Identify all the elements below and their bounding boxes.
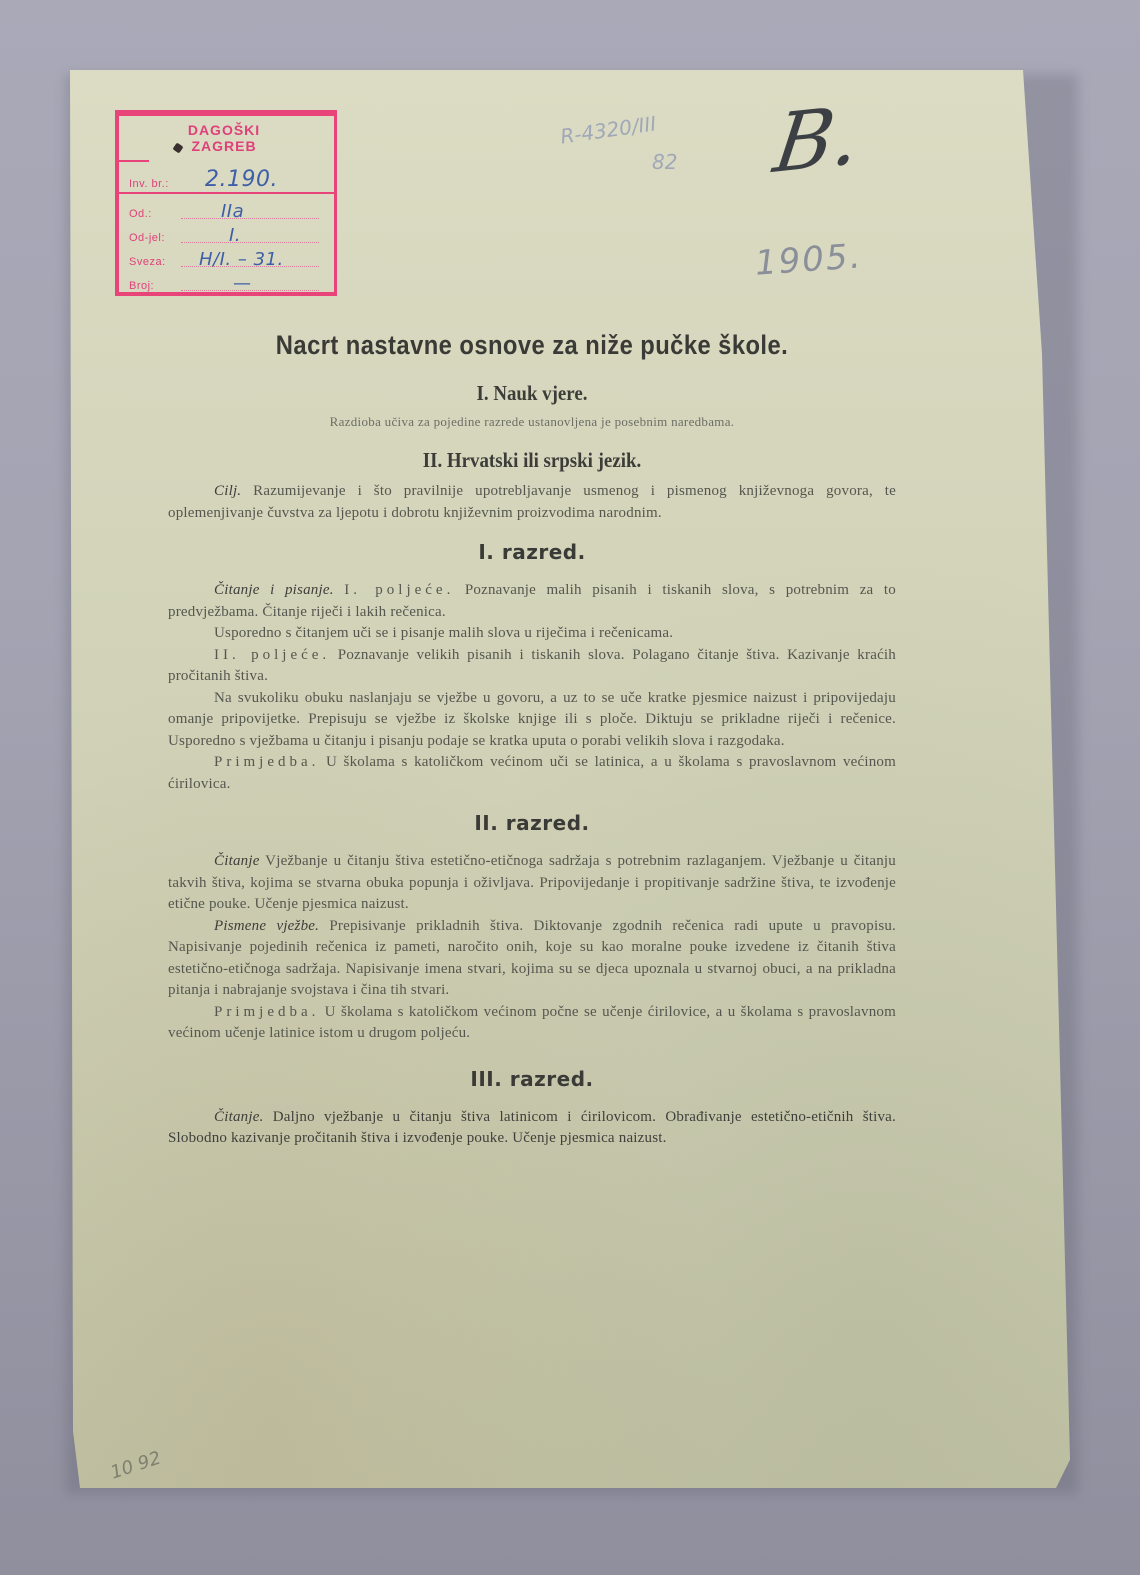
- grade2-paragraph: Pismene vježbe. Prepisivanje prikladnih …: [168, 916, 896, 1002]
- stamp-row-sveza: Sveza: H/I. – 31.: [129, 248, 329, 270]
- stamp-value: I.: [229, 225, 241, 246]
- pencil-call-number-sub: 82: [652, 150, 677, 174]
- dotted-line: [181, 218, 319, 219]
- paragraph-label: Čitanje: [214, 853, 260, 869]
- dotted-line: [181, 242, 319, 243]
- grade-heading-3: III. razred.: [168, 1067, 896, 1091]
- stamp-value: H/I. – 31.: [199, 249, 284, 270]
- paragraph-spaced-label: I. poljeće.: [344, 582, 454, 598]
- grade2-remark: Primjedba. U školama s katoličkom većino…: [168, 1002, 896, 1045]
- grade-heading-2: II. razred.: [168, 811, 896, 835]
- stamp-header-line1: DAGOŠKI: [149, 122, 299, 138]
- paragraph-text: Na svukoliku obuku naslanjaju se vježbe …: [168, 690, 896, 749]
- grade2-paragraph: Čitanje Vježbanje u čitanju štiva esteti…: [168, 851, 896, 916]
- section-heading-language: II. Hrvatski ili srpski jezik.: [204, 448, 859, 473]
- stamp-row-odjel-2: Od-jel: I.: [129, 224, 329, 246]
- stamp-label: Od.:: [129, 208, 152, 220]
- stamp-divider-short: [119, 160, 149, 162]
- paragraph-text: Usporedno s čitanjem uči se i pisanje ma…: [214, 625, 673, 641]
- stamp-row-inventory: Inv. br.: 2.190.: [129, 170, 329, 192]
- grade1-paragraph: Na svukoliku obuku naslanjaju se vježbe …: [168, 688, 896, 753]
- document-body: Nacrt nastavne osnove za niže pučke škol…: [168, 330, 896, 1150]
- grade1-paragraph: Čitanje i pisanje. I. poljeće. Poznavanj…: [168, 580, 896, 623]
- section-note: Razdioba učiva za pojedine razrede ustan…: [168, 414, 896, 430]
- pencil-year: 1905.: [754, 236, 864, 283]
- grade1-paragraph: Usporedno s čitanjem uči se i pisanje ma…: [168, 623, 896, 645]
- grade1-remark: Primjedba. U školama s katoličkom većino…: [168, 752, 896, 795]
- stamp-label: Inv. br.:: [129, 178, 169, 190]
- stamp-value: —: [233, 273, 252, 294]
- inventory-number: 2.190.: [205, 167, 278, 192]
- stamp-divider: [119, 192, 334, 194]
- stamp-header-line2: ZAGREB: [149, 138, 299, 154]
- section-heading-religion: I. Nauk vjere.: [204, 381, 859, 406]
- paragraph-text: Daljno vježbanje u čitanju štiva latinic…: [168, 1109, 896, 1147]
- stamp-value: IIa: [221, 201, 244, 222]
- stamp-label: Broj:: [129, 280, 154, 292]
- stamp-label: Od-jel:: [129, 232, 165, 244]
- remark-label: Primjedba.: [214, 1004, 319, 1020]
- paragraph-text: Vježbanje u čitanju štiva estetično-etič…: [168, 853, 896, 912]
- library-stamp: DAGOŠKI ZAGREB Inv. br.: 2.190. Od.: IIa…: [115, 110, 337, 296]
- goal-text: Razumijevanje i što pravilnije upotreblj…: [168, 483, 896, 521]
- goal-label: Cilj.: [214, 483, 241, 499]
- stamp-header: DAGOŠKI ZAGREB: [149, 122, 299, 154]
- remark-label: Primjedba.: [214, 754, 319, 770]
- grade1-paragraph: II. poljeće. Poznavanje velikih pisanih …: [168, 645, 896, 688]
- document-title: Nacrt nastavne osnove za niže pučke škol…: [212, 330, 853, 361]
- language-goal-paragraph: Cilj. Razumijevanje i što pravilnije upo…: [168, 481, 896, 524]
- stamp-row-broj: Broj: —: [129, 272, 329, 294]
- paragraph-label: Pismene vježbe.: [214, 918, 319, 934]
- stamp-row-odjel: Od.: IIa: [129, 200, 329, 222]
- paragraph-label: Čitanje i pisanje.: [214, 582, 334, 598]
- ink-initial: B.: [769, 95, 864, 185]
- paragraph-label: Čitanje.: [214, 1109, 264, 1125]
- paragraph-spaced-label: II. poljeće.: [214, 647, 330, 663]
- grade3-paragraph: Čitanje. Daljno vježbanje u čitanju štiv…: [168, 1107, 896, 1150]
- stamp-label: Sveza:: [129, 256, 166, 268]
- grade-heading-1: I. razred.: [168, 540, 896, 564]
